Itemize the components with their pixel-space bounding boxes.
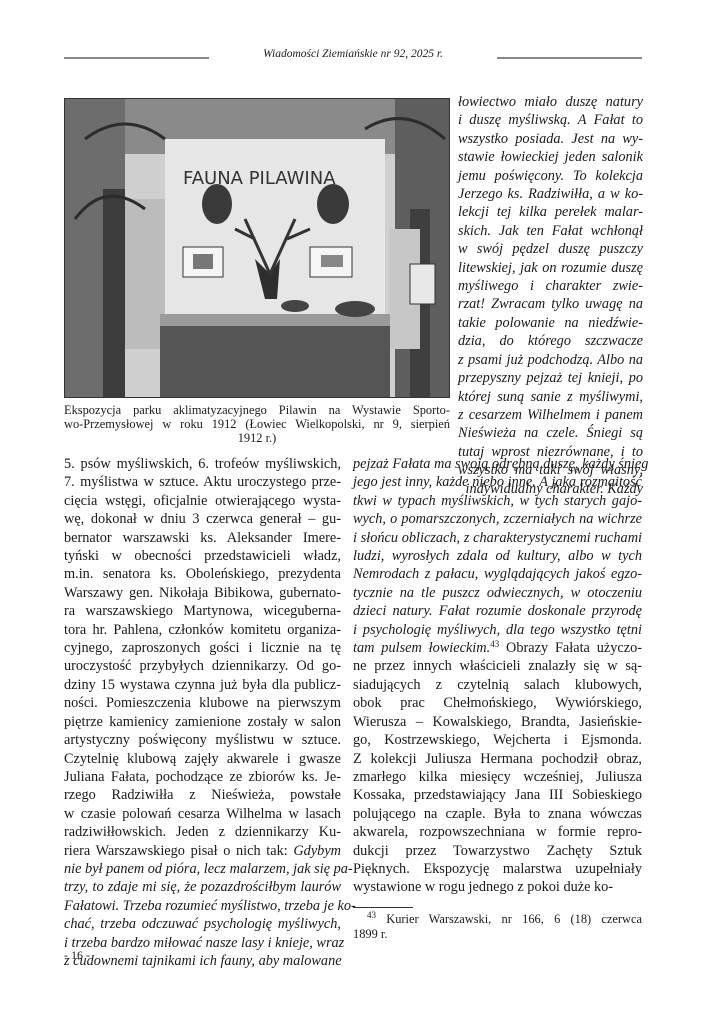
text-line: ludzi, wyrosłych zdala od kultury, albo … [353,547,642,565]
text-line: pejzaż Fałata ma swoją odrębną duszę, ka… [353,455,642,473]
text-line: m.in. senatora ks. Obolеńskiego, prezyde… [64,565,341,583]
text-line: ności. Pomieszczenia klubowe na pierwszy… [64,694,341,712]
text: m.in. senatora ks. Obolеńskiego, prezyde… [64,566,341,582]
text-line: riera Warszawskiego pisał o nich tak: Gd… [64,842,341,860]
footnote-marker: 43 [367,910,376,920]
text: Wierusza – Kowalskiego, Brandta, Jasieńs… [353,714,642,730]
text-line: z cudownemi tajnikami ich fauny, aby mal… [64,952,341,970]
text-line: łowiectwo miało duszę natury [458,93,643,111]
text: cyjnego, zaproszonych gości i licznie na… [64,640,341,656]
italic-quote: i trzeba bardzo miłować nasze lasy i kni… [64,935,344,951]
text: uroczystość przybyłych dziennikarzy. Od … [64,658,341,674]
italic-quote: tkwi w typach myśliwskich, w tych staryc… [353,493,642,509]
text-line: lekcji tej kilka perełek malar- [458,203,643,221]
text-line: Kossaka, przedstawiający Jana III Sobies… [353,786,642,804]
text: Juliana Fałata, pochodzące ze zbiorów ks… [64,769,341,785]
text-line: 5. psów myśliwskich, 6. trofeów myśliwsk… [64,455,341,473]
text: polującego na czaple. Była to znana wówc… [353,806,642,822]
text-line: cięcia wstęgi, oficjalnie otwierającego … [64,492,341,510]
text-line: rzat! Zwracam tylko uwagę na [458,295,643,313]
text: w czasie polowań cesarza Wilhelma w lasa… [64,806,341,822]
text-line: jemu poświęcony. To kolekcja [458,167,643,185]
text-line: trzy, to zdaje mi się, że pozazdrościłby… [64,878,341,896]
caption-line: 1912 r.) [64,431,450,445]
text: Pięknych. Ekspozycję malarstwa uzupełnia… [353,861,642,877]
left-column: 5. psów myśliwskich, 6. trofeów myśliwsk… [64,455,341,970]
italic-quote: i psychologię myśliwych, dla tego wszyst… [353,622,642,638]
text-line: i duszę myśliwską. A Fałat to [458,111,643,129]
text-line: Z kolekcji Juliusza Hermana pochodził ob… [353,750,642,768]
footnote-text: 1899 r. [353,927,642,942]
figure-caption: Ekspozycja parku aklimatyzacyjnego Pilaw… [64,403,450,445]
text-line: Pięknych. Ekspozycję malarstwa uzupełnia… [353,860,642,878]
italic-quote: Gdybym [293,843,341,859]
text-line: i psychologię myśliwych, dla tego wszyst… [353,621,642,639]
photo-illustration: FAUNA PILAWINA [65,99,449,397]
text-line: go, Kostrzewskiego, Wejcherta i Ejsmonda… [353,731,642,749]
text: rzego Radziwiłła z Nieświeża, powstałe [64,787,341,803]
text: tyński w obecności przedstawicieli władz… [64,548,341,564]
text-line: piętrze kamienicy zamienione zostały w s… [64,713,341,731]
text: wystawione w rogu jednego z pokoi duże k… [353,879,613,895]
text-line: jego jest inny, każde niebo inne. A jaka… [353,473,642,491]
text: Czytelnię klubową zajęły akwarele i gwas… [64,751,341,767]
text: siadujących z czytelnią salach klubowych… [353,677,642,693]
text-line: uroczystość przybyłych dziennikarzy. Od … [64,657,341,675]
text: radziwiłłowskich. Jeden z dziennikarzy K… [64,824,341,840]
exhibition-photo: FAUNA PILAWINA [64,98,450,398]
italic-quote: i słońcu obliczach, z charakterystycznem… [353,530,642,546]
text-line: wych, o pomarszczonych, zczerniałych na … [353,510,642,528]
text-line: ra warszawskiego Martynowa, wicegubernа- [64,602,341,620]
text-line: dzieci natury. Fałat rozumie doskonale p… [353,602,642,620]
text-line: przepyszny pejzaż tej knieji, po [458,369,643,387]
text-line: Wierusza – Kowalskiego, Brandta, Jasieńs… [353,713,642,731]
text-line: artystyczny poświęcony myślistwu w sztuc… [64,731,341,749]
italic-quote: dzieci natury. Fałat rozumie doskonale p… [353,603,642,619]
text-line: dziny 15 wystawa czynna już była dla pub… [64,676,341,694]
italic-quote: pejzaż Fałata ma swoją odrębną duszę, ka… [353,456,648,472]
footnote-separator [353,907,413,908]
text: go, Kostrzewskiego, Wejcherta i Ejsmonda… [353,732,642,748]
footnote-43: 43 Kurier Warszawski, nr 166, 6 (18) cze… [353,912,642,942]
text: dziny 15 wystawa czynna już była dla pub… [64,677,341,693]
text-line: cyjnego, zaproszonych gości i licznie na… [64,639,341,657]
italic-quote: ludzi, wyrosłych zdala od kultury, albo … [353,548,642,564]
header-rule-right [497,57,642,59]
text-line: której suną sanie z myśliwymi, [458,388,643,406]
italic-quote: jego jest inny, każde niebo inne. A jaka… [353,474,642,490]
text-line: Nemrodach z pałacu, wyglądających jakoś … [353,565,642,583]
text-line: tam pulsem łowieckim.43 Obrazy Fałata uż… [353,639,642,657]
caption-line: Ekspozycja parku aklimatyzacyjnego Pilaw… [64,403,450,417]
text: ra warszawskiego Martynowa, wicegubernа- [64,603,341,619]
right-column-top: łowiectwo miało duszę naturyi duszę myśl… [458,93,643,498]
text-line: litewskiej, jak on rozumie duszę [458,259,643,277]
page-number: - 16 - [64,948,90,963]
text: Kossaka, przedstawiający Jana III Sobies… [353,787,642,803]
text: zmarłego kilka miesięcy wcześniej, Juliu… [353,769,642,785]
text-line: Jerzego ks. Radziwiłła, a w ko- [458,185,643,203]
text: akwarela, rozpowszechniana w formie repr… [353,824,642,840]
italic-quote: chać, trzeba odczuwać psychologię myśliw… [64,916,341,932]
italic-quote: trzy, to zdaje mi się, że pozazdrościłby… [64,879,341,895]
italic-quote: nie był panem od pióra, lecz malarzem, j… [64,861,353,877]
text: obok prac Chełmońskiego, Wywiórskiego, [353,695,642,711]
text-line: z psami już podchodzą. Albo na [458,351,643,369]
text-line: i słońcu obliczach, z charakterystycznem… [353,529,642,547]
italic-quote: Fałatowi. Trzeba rozumieć myślistwo, trz… [64,898,356,914]
text: tora hr. Pahlena, członków komitetu orga… [64,622,341,638]
text: piętrze kamienicy zamienione zostały w s… [64,714,341,730]
text-line: rzego Radziwiłła z Nieświeża, powstałe [64,786,341,804]
banner-text: FAUNA PILAWINA [183,168,336,189]
text-line: stawie łowieckiej jeden salonik [458,148,643,166]
text: 5. psów myśliwskich, 6. trofeów myśliwsk… [64,456,341,472]
text: ne przez innych właścicieli znalazły się… [353,658,642,674]
text-line: radziwiłłowskich. Jeden z dziennikarzy K… [64,823,341,841]
text-line: chać, trzeba odczuwać psychologię myśliw… [64,915,341,933]
text-line: dzia, do którego szczwacze [458,332,643,350]
italic-quote: wych, o pomarszczonych, zczerniałych na … [353,511,642,527]
text-line: Czytelnię klubową zajęły akwarele i gwas… [64,750,341,768]
text-line: wystawione w rogu jednego z pokoi duże k… [353,878,642,896]
text-line: dukcji przez Towarzystwo Zachęty Sztuk [353,842,642,860]
text-line: Fałatowi. Trzeba rozumieć myślistwo, trz… [64,897,341,915]
italic-quote: tam pulsem łowieckim. [353,640,490,656]
text: riera Warszawskiego pisał o nich tak: [64,843,293,859]
italic-quote: Nemrodach z pałacu, wyglądających jakoś … [353,566,642,582]
text: ności. Pomieszczenia klubowe na pierwszy… [64,695,341,711]
text: artystyczny poświęcony myślistwu w sztuc… [64,732,341,748]
running-header: Wiadomości Ziemiańskie nr 92, 2025 r. [64,48,642,68]
text-line: nie był panem od pióra, lecz malarzem, j… [64,860,341,878]
text: Obrazy Fałata użyczo- [499,640,642,656]
text-line: tora hr. Pahlena, członków komitetu orga… [64,621,341,639]
text-line: ne przez innych właścicieli znalazły się… [353,657,642,675]
text-line: i trzeba bardzo miłować nasze lasy i kni… [64,934,341,952]
right-column-bottom: pejzaż Fałata ma swoją odrębną duszę, ka… [353,455,642,897]
footnote-ref: 43 [490,639,499,649]
italic-quote: tycznie na tle puszcz odwiecznych, w oto… [353,585,642,601]
text-line: tkwi w typach myśliwskich, w tych staryc… [353,492,642,510]
text-line: zmarłego kilka miesięcy wcześniej, Juliu… [353,768,642,786]
text-line: skich. Jak ten Fałat wchłonął [458,222,643,240]
caption-line: wo-Przemysłowej w roku 1912 (Łowiec Wiel… [64,417,450,431]
text-line: bernator warszawski ks. Aleksander Imere… [64,529,341,547]
text-line: takie polowanie na niedźwie- [458,314,643,332]
footnote-text: Kurier Warszawski, nr 166, 6 (18) czerwc… [376,912,642,926]
text: Warszawy gen. Nikołaja Bibikowa, guberna… [64,585,341,601]
text-line: z cesarzem Wilhelmem i panem [458,406,643,424]
text-line: w czasie polowań cesarza Wilhelma w lasa… [64,805,341,823]
text-line: Warszawy gen. Nikołaja Bibikowa, guberna… [64,584,341,602]
italic-quote: z cudownemi tajnikami ich fauny, aby mal… [64,953,342,969]
text-line: akwarela, rozpowszechniana w formie repr… [353,823,642,841]
text-line: myśliwego i charakter zwie- [458,277,643,295]
text-line: 7. myślistwa w sztuce. Aktu uroczystego … [64,473,341,491]
text-line: polującego na czaple. Była to znana wówc… [353,805,642,823]
text: bernator warszawski ks. Aleksander Imere… [64,530,341,546]
text: dukcji przez Towarzystwo Zachęty Sztuk [353,843,642,859]
text-line: Juliana Fałata, pochodzące ze zbiorów ks… [64,768,341,786]
text-line: tycznie na tle puszcz odwiecznych, w oto… [353,584,642,602]
text: wę, dokonał w dniu 3 czerwca generał – g… [64,511,341,527]
text-line: Nieświeża na czele. Śniegi są [458,424,643,442]
text-line: obok prac Chełmońskiego, Wywiórskiego, [353,694,642,712]
text-line: siadujących z czytelnią salach klubowych… [353,676,642,694]
text-line: wę, dokonał w dniu 3 czerwca generał – g… [64,510,341,528]
text-line: wszystko posiada. Jest na wy- [458,130,643,148]
text-line: tyński w obecności przedstawicieli władz… [64,547,341,565]
text-line: w swój pędzel duszę puszczy [458,240,643,258]
text: Z kolekcji Juliusza Hermana pochodził ob… [353,751,642,767]
text: cięcia wstęgi, oficjalnie otwierającego … [64,493,341,509]
text: 7. myślistwa w sztuce. Aktu uroczystego … [64,474,341,490]
